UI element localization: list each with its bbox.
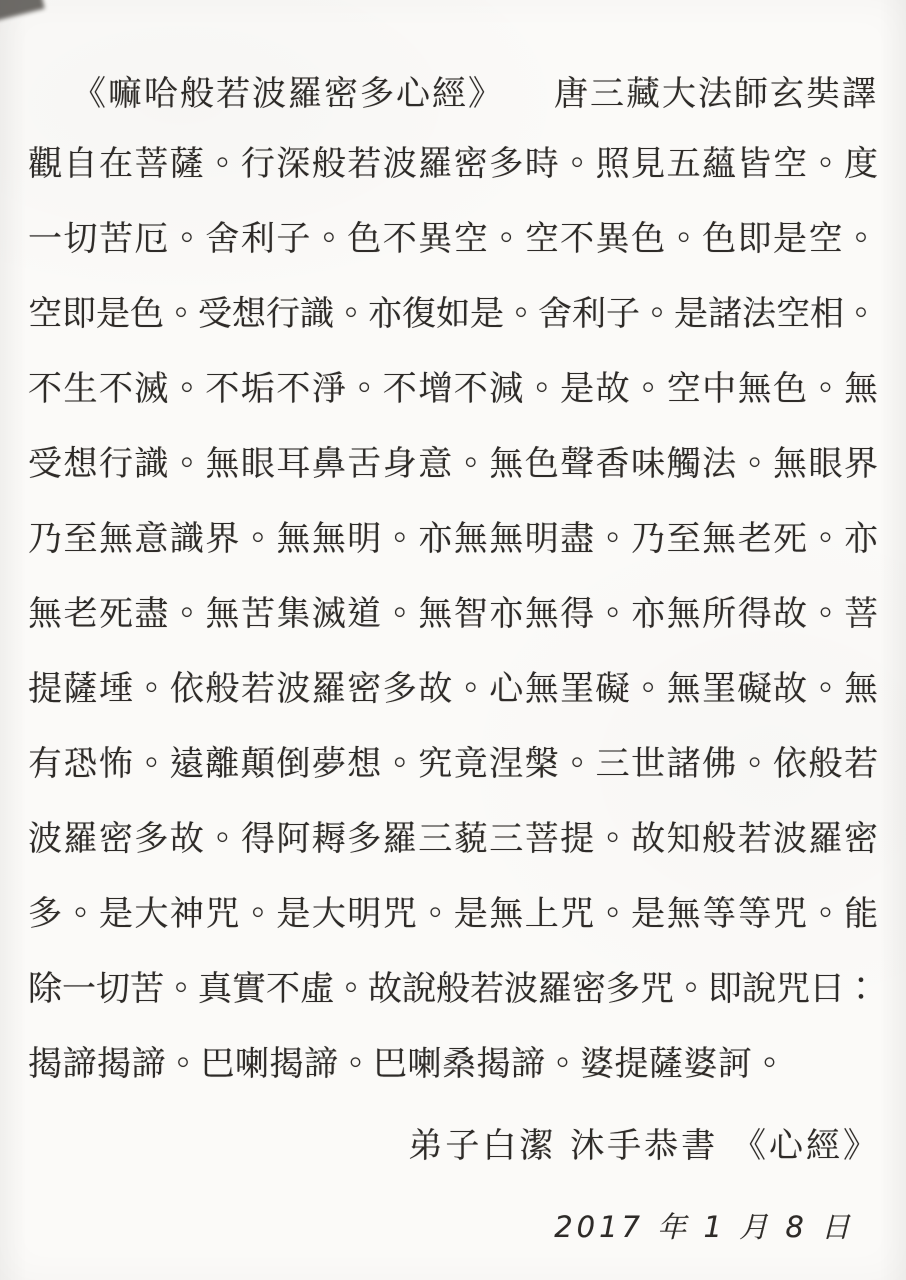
sutra-line: 波羅密多故。得阿耨多羅三藐三菩提。故知般若波羅密 [28, 802, 878, 877]
translator-credit: 唐三藏大法師玄奘譯 [554, 66, 878, 115]
sutra-line: 有恐怖。遠離顛倒夢想。究竟涅槃。三世諸佛。依般若 [28, 727, 878, 802]
sutra-line: 多。是大神咒。是大明咒。是無上咒。是無等等咒。能 [28, 877, 878, 952]
sutra-line: 揭諦揭諦。巴喇揭諦。巴喇桑揭諦。婆提薩婆訶。 [28, 1027, 878, 1102]
sutra-line: 不生不滅。不垢不淨。不增不減。是故。空中無色。無 [28, 352, 878, 427]
title-line: 《嘛哈般若波羅密多心經》 唐三藏大法師玄奘譯 [0, 66, 906, 115]
sutra-line: 一切苦厄。舍利子。色不異空。空不異色。色即是空。 [28, 202, 878, 277]
sutra-title: 《嘛哈般若波羅密多心經》 [72, 66, 504, 115]
scanned-page: 《嘛哈般若波羅密多心經》 唐三藏大法師玄奘譯 觀自在菩薩。行深般若波羅密多時。照… [0, 0, 906, 1280]
sutra-line: 空即是色。受想行識。亦復如是。舍利子。是諸法空相。 [28, 277, 878, 352]
sutra-body: 觀自在菩薩。行深般若波羅密多時。照見五蘊皆空。度一切苦厄。舍利子。色不異空。空不… [0, 127, 906, 1102]
date-line: 2017 年 1 月 8 日 [0, 1205, 906, 1246]
sutra-line: 無老死盡。無苦集滅道。無智亦無得。亦無所得故。菩 [28, 577, 878, 652]
scan-edge-artifact [0, 0, 45, 23]
signature-line: 弟子白潔 沐手恭書 《心經》 [0, 1118, 906, 1167]
sutra-line: 受想行識。無眼耳鼻舌身意。無色聲香味觸法。無眼界 [28, 427, 878, 502]
sutra-line: 提薩埵。依般若波羅密多故。心無罣礙。無罣礙故。無 [28, 652, 878, 727]
sutra-line: 乃至無意識界。無無明。亦無無明盡。乃至無老死。亦 [28, 502, 878, 577]
sutra-line: 觀自在菩薩。行深般若波羅密多時。照見五蘊皆空。度 [28, 127, 878, 202]
sutra-line: 除一切苦。真實不虛。故說般若波羅密多咒。即說咒曰： [28, 952, 878, 1027]
